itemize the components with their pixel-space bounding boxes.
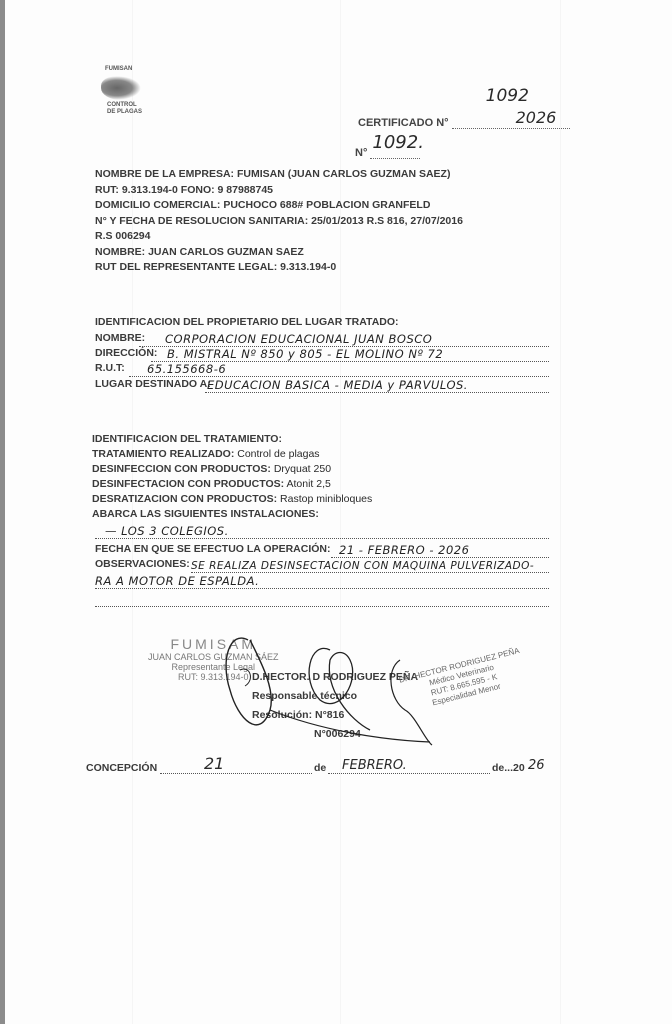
- company-info: NOMBRE DE LA EMPRESA: FUMISAN (JUAN CARL…: [95, 167, 463, 276]
- logo-graphic-icon: [101, 76, 141, 100]
- logo-brand-top: FUMISAN: [105, 66, 132, 72]
- installations-label: ABARCA LAS SIGUIENTES INSTALACIONES:: [92, 508, 319, 520]
- treatment-row: DESINFECTACION CON PRODUCTOS: Atonit 2,5: [92, 477, 372, 492]
- treatment-section: IDENTIFICACION DEL TRATAMIENTO: TRATAMIE…: [92, 432, 372, 522]
- owner-rut-field: R.U.T: 65.155668-6: [95, 362, 555, 379]
- treatment-row-label: DESINFECCION CON PRODUCTOS:: [92, 463, 271, 475]
- no-handwritten: 1092.: [372, 132, 424, 153]
- operation-date-value: 21 - FEBRERO - 2026: [339, 543, 469, 557]
- observations-line: [191, 572, 549, 573]
- observations-value-1: SE REALIZA DESINSECTACION CON MAQUINA PU…: [191, 560, 534, 572]
- place-date-field: CONCEPCIÓN 21 de FEBRERO. de...20 26: [86, 760, 566, 776]
- observations-field: OBSERVACIONES: SE REALIZA DESINSECTACION…: [95, 558, 555, 575]
- observations-label: OBSERVACIONES:: [95, 558, 190, 570]
- treatment-row-value: Atonit 2,5: [286, 478, 330, 490]
- treatment-row-label: DESRATIZACION CON PRODUCTOS:: [92, 493, 277, 505]
- operation-date-label: FECHA EN QUE SE EFECTUO LA OPERACIÓN:: [95, 543, 331, 555]
- company-rut-phone: RUT: 9.313.194-0 FONO: 9 87988745: [95, 183, 463, 199]
- day-value: 21: [204, 754, 224, 773]
- observations-field-2: RA A MOTOR DE ESPALDA.: [95, 574, 555, 591]
- no-line: 1092.: [370, 146, 420, 159]
- company-name: NOMBRE DE LA EMPRESA: FUMISAN (JUAN CARL…: [95, 167, 463, 183]
- owner-heading: IDENTIFICACION DEL PROPIETARIO DEL LUGAR…: [95, 316, 555, 333]
- company-logo: FUMISAN CONTROL DE PLAGAS: [97, 66, 145, 122]
- owner-place-value: EDUCACION BASICA - MEDIA y PARVULOS.: [207, 378, 468, 392]
- owner-address-label: DIRECCIÓN:: [95, 347, 157, 359]
- sanitary-resolution-2: R.S 006294: [95, 229, 463, 245]
- owner-place-line: [205, 392, 549, 393]
- no-label: N°: [355, 147, 367, 159]
- month-value: FEBRERO.: [342, 758, 407, 773]
- owner-rut-line: [129, 376, 549, 377]
- representative-name: NOMBRE: JUAN CARLOS GUZMAN SAEZ: [95, 245, 463, 261]
- day-line: [160, 773, 312, 774]
- certificate-handwritten-year: 2026: [516, 108, 557, 127]
- month-line: [328, 773, 490, 774]
- logo-text-line: DE PLAGAS: [107, 109, 142, 116]
- logo-brand-bottom: CONTROL DE PLAGAS: [107, 102, 142, 116]
- year-suffix: 26: [528, 758, 545, 773]
- owner-name-value: CORPORACION EDUCACIONAL JUAN BOSCO: [165, 332, 432, 346]
- treatment-row-label: DESINFECTACION CON PRODUCTOS:: [92, 478, 284, 490]
- treatment-row-value: Dryquat 250: [274, 463, 331, 475]
- owner-rut-label: R.U.T:: [95, 362, 125, 374]
- owner-name-label: NOMBRE:: [95, 332, 145, 344]
- sanitary-resolution: N° Y FECHA DE RESOLUCION SANITARIA: 25/0…: [95, 214, 463, 230]
- installations-value: — LOS 3 COLEGIOS.: [105, 524, 229, 538]
- certificate-number-field: CERTIFICADO N° 1092 2026: [358, 116, 570, 129]
- observations-line-3: [95, 606, 549, 607]
- handwritten-signature-icon: [200, 620, 460, 750]
- observations-field-3: [95, 592, 555, 609]
- treatment-row: TRATAMIENTO REALIZADO: Control de plagas: [92, 447, 372, 462]
- treatment-row-value: Rastop minibloques: [280, 493, 372, 505]
- company-address: DOMICILIO COMERCIAL: PUCHOCO 688# POBLAC…: [95, 198, 463, 214]
- owner-place-label: LUGAR DESTINADO A:: [95, 378, 211, 390]
- certificate-no-field: N° 1092.: [355, 146, 420, 159]
- owner-place-field: LUGAR DESTINADO A: EDUCACION BASICA - ME…: [95, 378, 555, 395]
- treatment-row-value: Control de plagas: [237, 448, 319, 460]
- treatment-row-label: TRATAMIENTO REALIZADO:: [92, 448, 234, 460]
- de-label: de: [314, 762, 326, 774]
- place-label: CONCEPCIÓN: [86, 762, 157, 774]
- certificate-label: CERTIFICADO N°: [358, 117, 449, 129]
- year-label: de...20: [492, 762, 525, 774]
- installations-line: [95, 538, 549, 539]
- certificate-handwritten-number: 1092: [486, 86, 529, 106]
- certificate-page: FUMISAN CONTROL DE PLAGAS CERTIFICADO N°…: [0, 0, 672, 1024]
- treatment-row: DESINFECCION CON PRODUCTOS: Dryquat 250: [92, 462, 372, 477]
- owner-rut-value: 65.155668-6: [147, 362, 226, 376]
- representative-rut: RUT DEL REPRESENTANTE LEGAL: 9.313.194-0: [95, 260, 463, 276]
- observations-value-2: RA A MOTOR DE ESPALDA.: [95, 574, 259, 588]
- owner-address-value: B. MISTRAL Nº 850 y 805 - EL MOLINO Nº 7…: [167, 347, 443, 361]
- treatment-row: DESRATIZACION CON PRODUCTOS: Rastop mini…: [92, 492, 372, 507]
- owner-heading-text: IDENTIFICACION DEL PROPIETARIO DEL LUGAR…: [95, 316, 399, 328]
- observations-line-2: [95, 588, 549, 589]
- logo-text-line: CONTROL: [107, 102, 142, 109]
- certificate-number-line: 1092 2026: [452, 116, 570, 129]
- installations-field: — LOS 3 COLEGIOS.: [95, 524, 555, 541]
- treatment-heading: IDENTIFICACION DEL TRATAMIENTO:: [92, 433, 282, 445]
